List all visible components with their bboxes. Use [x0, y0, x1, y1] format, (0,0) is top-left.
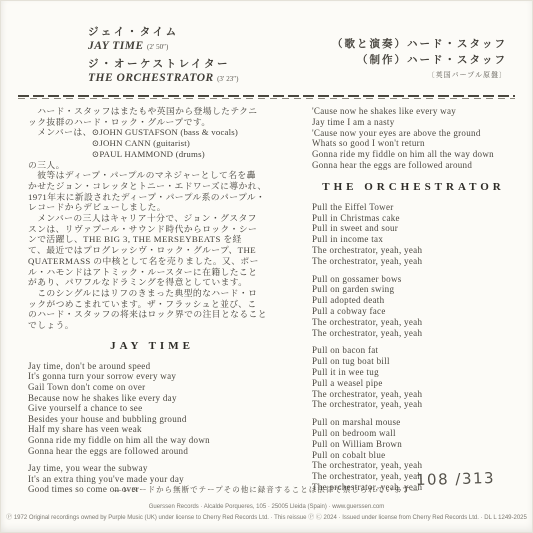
lyric-line: Pull on tug boat bill	[312, 356, 515, 367]
lyric-line: Gonna hear the eggs are followed around	[312, 160, 515, 171]
lyric-line: Because now he shakes like every day	[28, 393, 276, 404]
member-line: ⊙JOHN CANN (guitarist)	[92, 138, 238, 149]
orchestrator-heading: THE ORCHESTRATOR	[312, 181, 515, 193]
lyric-line: Jay time, you wear the subway	[28, 463, 276, 474]
lyric-line: Pull on bedroom wall	[312, 428, 515, 439]
lyric-line: Pull on garden swing	[312, 284, 515, 295]
liner-columns: ハード・スタッフはまたもや英国から登場したテクニック抜群のハード・ロック・グルー…	[0, 99, 533, 502]
track-title-en: JAY TIME	[88, 40, 144, 52]
lyric-line: Pull on marshal mouse	[312, 417, 515, 428]
jay-time-stanza-1: Jay time, don't be around speedIt's gonn…	[28, 361, 276, 456]
lyric-line: Jay time, don't be around speed	[28, 361, 276, 372]
track-orchestrator: ジ・オーケストレイター THE ORCHESTRATOR (3′ 23″)	[88, 56, 238, 84]
member-line: ⊙PAUL HAMMOND (drums)	[92, 149, 238, 160]
liner-paragraph-2: 彼等はディープ・パープルのマネジャーとして名を轟かせたジョン・コレッタとトニー・…	[28, 170, 276, 213]
lyric-line: The orchestrator, yeah, yeah	[312, 328, 515, 339]
license-line: Ⓟ 1972 Original recordings owned by Purp…	[0, 512, 533, 521]
lyric-line: Pull a weasel pipe	[312, 378, 515, 389]
lyric-line: Pull in Christmas cake	[312, 213, 515, 224]
header: ジェイ・タイム JAY TIME (2′ 50″) ジ・オーケストレイター TH…	[0, 0, 533, 92]
lyric-line: Give yourself a chance to see	[28, 403, 276, 414]
liner-line: ハード・スタッフはまたもや英国から登場したテクニ	[28, 106, 276, 117]
orchestrator-stanza-3: Pull on bacon fatPull on tug boat billPu…	[312, 345, 515, 410]
lyric-line: The orchestrator, yeah, yeah	[312, 389, 515, 400]
lyric-line: Pull a cobway face	[312, 306, 515, 317]
handwritten-number: 108 /313	[416, 469, 496, 489]
liner-line: ックがつめこまれています。ザ・フラッシュと並び、こ	[28, 299, 276, 310]
member-line: ⊙JOHN GUSTAFSON (bass & vocals)	[92, 127, 238, 138]
lyric-line: Pull on bacon fat	[312, 345, 515, 356]
members-outro: の三人。	[28, 160, 276, 171]
liner-line: ル・ハモンドはアトミック・ルースターに在籍したこと	[28, 267, 276, 278]
liner-paragraph-1: ハード・スタッフはまたもや英国から登場したテクニック抜群のハード・ロック・グルー…	[28, 106, 276, 127]
track-list: ジェイ・タイム JAY TIME (2′ 50″) ジ・オーケストレイター TH…	[88, 24, 238, 88]
lyric-line: 'Cause now he shakes like every way	[312, 106, 515, 117]
orchestrator-stanza-2: Pull on gossamer bowsPull on garden swin…	[312, 274, 515, 339]
jay-time-continued-stanza: 'Cause now he shakes like every wayJay t…	[312, 106, 515, 171]
performance-credit: （歌と演奏）ハード・スタッフ	[332, 37, 507, 53]
track-duration: (2′ 50″)	[147, 43, 168, 51]
lyric-line: Pull adopted death	[312, 295, 515, 306]
lyric-line: Pull it in wee tug	[312, 367, 515, 378]
lyric-line: Pull the Eiffel Tower	[312, 202, 515, 213]
members-block: メンバーは、 ⊙JOHN GUSTAFSON (bass & vocals)⊙J…	[28, 127, 276, 159]
track-jay-time: ジェイ・タイム JAY TIME (2′ 50″)	[88, 24, 238, 52]
right-column: 'Cause now he shakes like every wayJay t…	[276, 106, 515, 502]
lyric-line: The orchestrator, yeah, yeah	[312, 317, 515, 328]
liner-line: のハード・スタッフの将来はロック界での注目となること	[28, 309, 276, 320]
production-credit: （制作）ハード・スタッフ	[332, 53, 507, 69]
lyric-line: The orchestrator, yeah, yeah	[312, 399, 515, 410]
lyric-line: It's gonna turn your sorrow every way	[28, 371, 276, 382]
lyric-line: Jay time I am a nasty	[312, 117, 515, 128]
lyric-line: Gonna ride my fiddle on him all the way …	[28, 435, 276, 446]
lyric-line: Pull in sweet and sour	[312, 223, 515, 234]
liner-paragraph-4: このシングルにはリフのきまった典型的なハード・ロックがつめこまれています。ザ・フ…	[28, 288, 276, 331]
liner-paragraph-3: メンバーの三人はキャリア十分で、ジョン・グスタフスンは、リヴァプール・サウンド時…	[28, 213, 276, 288]
track-duration: (3′ 23″)	[217, 75, 238, 83]
lyric-line: Half my share has veen weak	[28, 424, 276, 435]
liner-line: て、最近ではプログレッシヴ・ロック・グループ、THE	[28, 245, 276, 256]
left-column: ハード・スタッフはまたもや英国から登場したテクニック抜群のハード・ロック・グルー…	[28, 106, 276, 502]
orchestrator-stanza-1: Pull the Eiffel TowerPull in Christmas c…	[312, 202, 515, 267]
label-address-line: Guerssen Records · Alcalde Porqueres, 10…	[0, 504, 533, 510]
liner-line: 1971年末に新設されたディープ・パープル系のパープル・	[28, 192, 276, 203]
lyric-line: Pull in income tax	[312, 234, 515, 245]
liner-line: ンで活躍し、THE BIG 3, THE MERSEYBEATS を経	[28, 234, 276, 245]
liner-line: 彼等はディープ・パープルのマネジャーとして名を轟	[28, 170, 276, 181]
lyric-line: Pull on cobalt blue	[312, 450, 515, 461]
liner-line: スンは、リヴァプール・サウンド時代からロック・シー	[28, 224, 276, 235]
lyric-line: Gonna hear the eggs are followed around	[28, 446, 276, 457]
lyric-line: Gail Town don't come on over	[28, 382, 276, 393]
header-credits: （歌と演奏）ハード・スタッフ （制作）ハード・スタッフ 〔英国パープル原盤〕	[332, 24, 507, 80]
liner-line: かせたジョン・コレッタとトニー・エドワーズに導かれ、	[28, 181, 276, 192]
liner-line: レコードからデビューしました。	[28, 202, 276, 213]
jay-time-heading: JAY TIME	[28, 340, 276, 352]
source-note: 〔英国パープル原盤〕	[332, 70, 507, 80]
lyric-line: Pull on William Brown	[312, 439, 515, 450]
members-intro: メンバーは、	[28, 127, 92, 138]
members-list: ⊙JOHN GUSTAFSON (bass & vocals)⊙JOHN CAN…	[92, 127, 238, 159]
track-title-jp: ジ・オーケストレイター	[88, 56, 238, 71]
lyric-line: Besides your house and bubbling ground	[28, 414, 276, 425]
track-title-en: THE ORCHESTRATOR	[88, 72, 214, 84]
lyric-line: It's an extra thing you've made your day	[28, 474, 276, 485]
lyric-line: The orchestrator, yeah, yeah	[312, 256, 515, 267]
liner-line: メンバーの三人はキャリア十分で、ジョン・グスタフ	[28, 213, 276, 224]
track-title-jp: ジェイ・タイム	[88, 24, 238, 39]
liner-line: ック抜群のハード・ロック・グループです。	[28, 117, 276, 128]
lyric-line: Gonna ride my fiddle on him all the way …	[312, 149, 515, 160]
liner-line: QUATERMASS の中核として名を売りました。又、ポー	[28, 256, 276, 267]
lyric-line: 'Cause now your eyes are above the groun…	[312, 128, 515, 139]
lyric-line: The orchestrator, yeah, yeah	[312, 245, 515, 256]
lyric-line: Pull on gossamer bows	[312, 274, 515, 285]
record-sleeve-back: ジェイ・タイム JAY TIME (2′ 50″) ジ・オーケストレイター TH…	[0, 0, 533, 533]
liner-line: このシングルにはリフのきまった典型的なハード・ロ	[28, 288, 276, 299]
liner-line: があり、パワフルなドラミングを得意としています。	[28, 277, 276, 288]
lyric-line: Whats so good I won't return	[312, 138, 515, 149]
liner-line: でしょう。	[28, 320, 276, 331]
divider-dashes-top	[18, 95, 515, 97]
